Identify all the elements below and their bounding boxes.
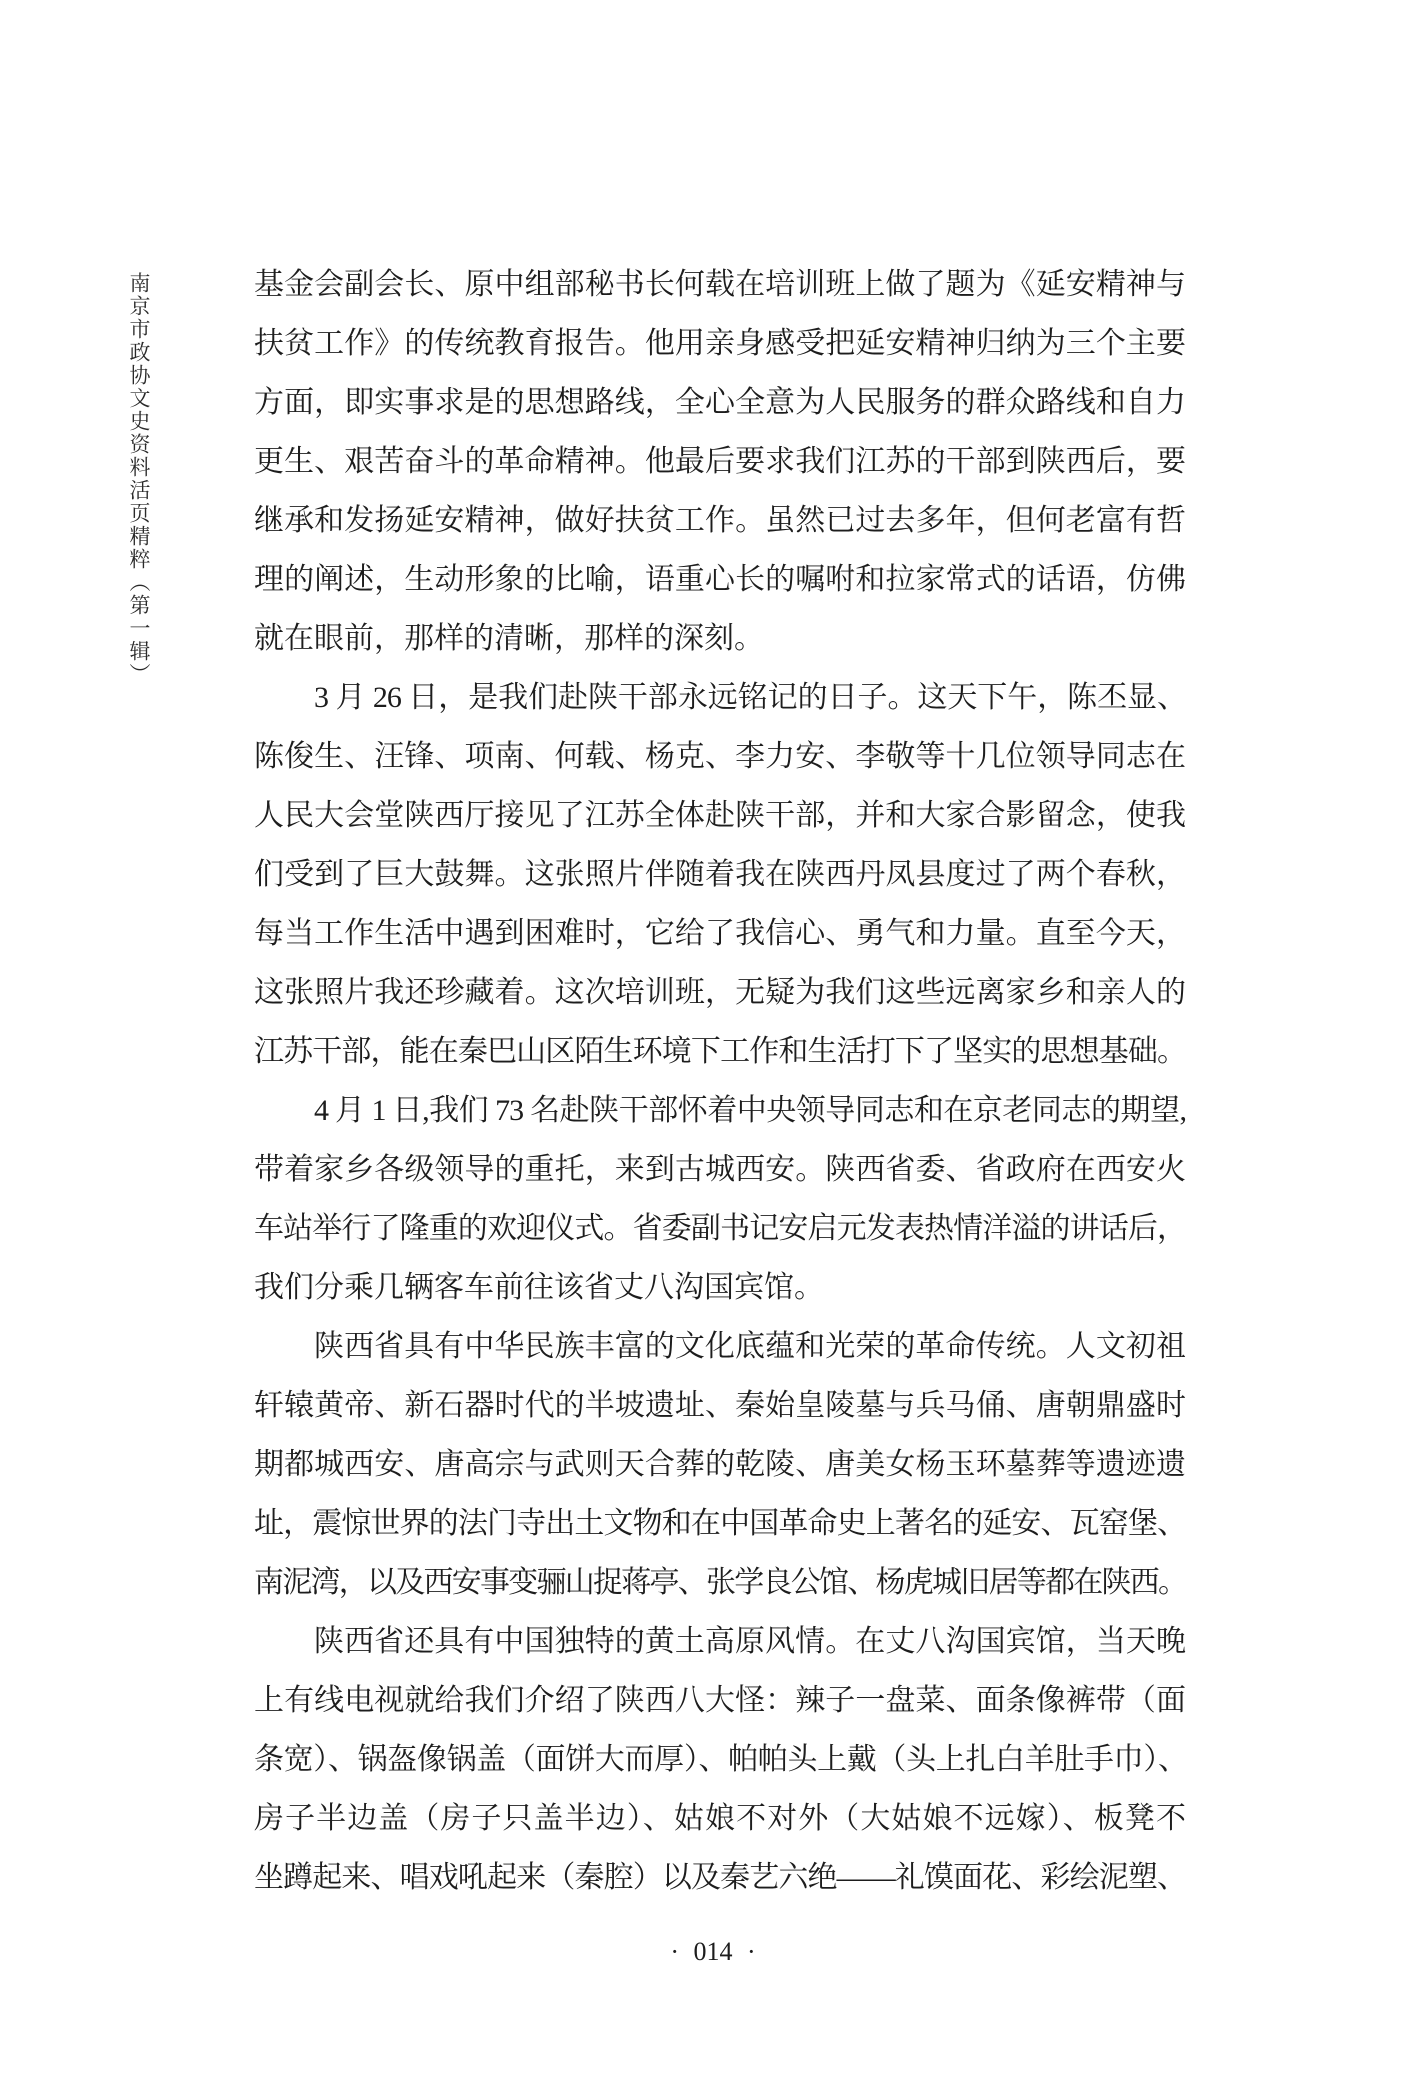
body-line: 每当工作生活中遇到困难时，它给了我信心、勇气和力量。直至今天，	[254, 904, 1186, 963]
body-line: 们受到了巨大鼓舞。这张照片伴随着我在陕西丹凤县度过了两个春秋，	[254, 845, 1186, 904]
body-line: 车站举行了隆重的欢迎仪式。省委副书记安启元发表热情洋溢的讲话后，	[254, 1199, 1186, 1258]
body-line: 方面，即实事求是的思想路线，全心全意为人民服务的群众路线和自力	[254, 373, 1186, 432]
body-line: 期都城西安、唐高宗与武则天合葬的乾陵、唐美女杨玉环墓葬等遗迹遗	[254, 1435, 1186, 1494]
body-line: 人民大会堂陕西厅接见了江苏全体赴陕干部，并和大家合影留念，使我	[254, 786, 1186, 845]
body-line: 陕西省具有中华民族丰富的文化底蕴和光荣的革命传统。人文初祖	[254, 1317, 1186, 1376]
body-line: 4 月 1 日,我们 73 名赴陕干部怀着中央领导同志和在京老同志的期望,	[254, 1081, 1186, 1140]
body-line: 理的阐述，生动形象的比喻，语重心长的嘱咐和拉家常式的话语，仿佛	[254, 550, 1186, 609]
body-line: 更生、艰苦奋斗的革命精神。他最后要求我们江苏的干部到陕西后，要	[254, 432, 1186, 491]
body-line: 带着家乡各级领导的重托，来到古城西安。陕西省委、省政府在西安火	[254, 1140, 1186, 1199]
body-line: 继承和发扬延安精神，做好扶贫工作。虽然已过去多年，但何老富有哲	[254, 491, 1186, 550]
body-line: 3 月 26 日，是我们赴陕干部永远铭记的日子。这天下午，陈丕显、	[254, 668, 1186, 727]
body-line: 这张照片我还珍藏着。这次培训班，无疑为我们这些远离家乡和亲人的	[254, 963, 1186, 1022]
body-line: 南泥湾，以及西安事变骊山捉蒋亭、张学良公馆、杨虎城旧居等都在陕西。	[254, 1553, 1186, 1612]
page-number: · 014 ·	[0, 1936, 1426, 1968]
body-text: 基金会副会长、原中组部秘书长何载在培训班上做了题为《延安精神与 扶贫工作》的传统…	[254, 255, 1186, 1907]
body-line: 扶贫工作》的传统教育报告。他用亲身感受把延安精神归纳为三个主要	[254, 314, 1186, 373]
body-line: 基金会副会长、原中组部秘书长何载在培训班上做了题为《延安精神与	[254, 255, 1186, 314]
body-line: 坐蹲起来、唱戏吼起来（秦腔）以及秦艺六绝——礼馍面花、彩绘泥塑、	[254, 1848, 1186, 1907]
body-line: 址，震惊世界的法门寺出土文物和在中国革命史上著名的延安、瓦窑堡、	[254, 1494, 1186, 1553]
body-line: 江苏干部，能在秦巴山区陌生环境下工作和生活打下了坚实的思想基础。	[254, 1022, 1186, 1081]
body-line: 陈俊生、汪锋、项南、何载、杨克、李力安、李敬等十几位领导同志在	[254, 727, 1186, 786]
body-line: 条宽）、锅盔像锅盖（面饼大而厚）、帕帕头上戴（头上扎白羊肚手巾）、	[254, 1730, 1186, 1789]
body-line: 陕西省还具有中国独特的黄土高原风情。在丈八沟国宾馆，当天晚	[254, 1612, 1186, 1671]
body-line: 上有线电视就给我们介绍了陕西八大怪：辣子一盘菜、面条像裤带（面	[254, 1671, 1186, 1730]
body-line: 就在眼前，那样的清晰，那样的深刻。	[254, 609, 1186, 668]
body-line: 轩辕黄帝、新石器时代的半坡遗址、秦始皇陵墓与兵马俑、唐朝鼎盛时	[254, 1376, 1186, 1435]
body-line: 我们分乘几辆客车前往该省丈八沟国宾馆。	[254, 1258, 1186, 1317]
body-line: 房子半边盖（房子只盖半边）、姑娘不对外（大姑娘不远嫁）、板凳不	[254, 1789, 1186, 1848]
running-head-vertical: 南京市政协文史资料活页精粹（第一辑）	[124, 272, 154, 742]
book-page: 南京市政协文史资料活页精粹（第一辑） 基金会副会长、原中组部秘书长何载在培训班上…	[0, 0, 1426, 2095]
